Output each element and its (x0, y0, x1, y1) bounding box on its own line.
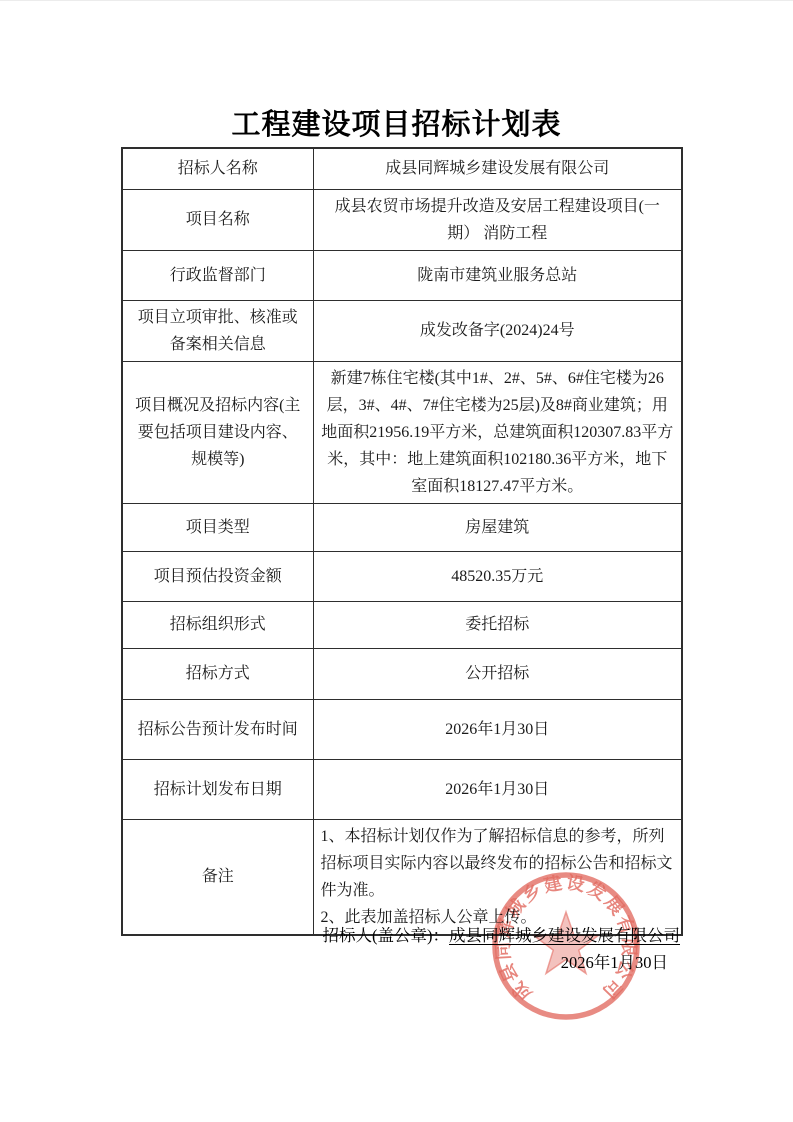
signature-block: 招标人(盖公章)：成县同辉城乡建设发展有限公司 2026年1月30日 (200, 922, 680, 976)
table-row: 招标方式公开招标 (122, 648, 682, 699)
row-value: 房屋建筑 (313, 503, 682, 551)
row-value: 成县农贸市场提升改造及安居工程建设项目(一期） 消防工程 (313, 189, 682, 250)
row-value: 成县同辉城乡建设发展有限公司 (313, 148, 682, 189)
table-row: 备注1、本招标计划仅作为了解招标信息的参考，所列招标项目实际内容以最终发布的招标… (122, 819, 682, 935)
row-value: 成发改备字(2024)24号 (313, 300, 682, 361)
row-label: 项目概况及招标内容(主要包括项目建设内容、规模等) (122, 361, 313, 503)
row-value: 48520.35万元 (313, 551, 682, 601)
row-label: 项目名称 (122, 189, 313, 250)
plan-table-body: 招标人名称成县同辉城乡建设发展有限公司项目名称成县农贸市场提升改造及安居工程建设… (122, 148, 682, 935)
row-label: 备注 (122, 819, 313, 935)
row-value: 1、本招标计划仅作为了解招标信息的参考，所列招标项目实际内容以最终发布的招标公告… (313, 819, 682, 935)
table-row: 行政监督部门陇南市建筑业服务总站 (122, 250, 682, 300)
row-label: 招标计划发布日期 (122, 759, 313, 819)
table-row: 招标计划发布日期2026年1月30日 (122, 759, 682, 819)
row-label: 项目类型 (122, 503, 313, 551)
row-label: 招标人名称 (122, 148, 313, 189)
bidding-plan-table: 招标人名称成县同辉城乡建设发展有限公司项目名称成县农贸市场提升改造及安居工程建设… (121, 147, 683, 936)
table-row: 项目概况及招标内容(主要包括项目建设内容、规模等)新建7栋住宅楼(其中1#、2#… (122, 361, 682, 503)
row-label: 招标公告预计发布时间 (122, 699, 313, 759)
signature-date: 2026年1月30日 (200, 949, 680, 976)
row-value: 2026年1月30日 (313, 759, 682, 819)
table-row: 项目名称成县农贸市场提升改造及安居工程建设项目(一期） 消防工程 (122, 189, 682, 250)
document-title: 工程建设项目招标计划表 (0, 102, 793, 143)
row-value: 公开招标 (313, 648, 682, 699)
table-row: 项目预估投资金额48520.35万元 (122, 551, 682, 601)
table-row: 项目类型房屋建筑 (122, 503, 682, 551)
row-label: 招标组织形式 (122, 601, 313, 648)
row-label: 项目预估投资金额 (122, 551, 313, 601)
table-row: 项目立项审批、核准或备案相关信息成发改备字(2024)24号 (122, 300, 682, 361)
row-label: 招标方式 (122, 648, 313, 699)
signature-company: 成县同辉城乡建设发展有限公司 (449, 926, 680, 945)
document-page: 工程建设项目招标计划表 招标人名称成县同辉城乡建设发展有限公司项目名称成县农贸市… (0, 0, 793, 1122)
row-label: 项目立项审批、核准或备案相关信息 (122, 300, 313, 361)
row-value: 2026年1月30日 (313, 699, 682, 759)
row-value: 新建7栋住宅楼(其中1#、2#、5#、6#住宅楼为26层，3#、4#、7#住宅楼… (313, 361, 682, 503)
table-row: 招标组织形式委托招标 (122, 601, 682, 648)
row-value: 陇南市建筑业服务总站 (313, 250, 682, 300)
row-label: 行政监督部门 (122, 250, 313, 300)
signature-line: 招标人(盖公章)：成县同辉城乡建设发展有限公司 (200, 922, 680, 949)
signature-label: 招标人(盖公章)： (323, 926, 450, 945)
row-value: 委托招标 (313, 601, 682, 648)
table-row: 招标人名称成县同辉城乡建设发展有限公司 (122, 148, 682, 189)
table-row: 招标公告预计发布时间2026年1月30日 (122, 699, 682, 759)
